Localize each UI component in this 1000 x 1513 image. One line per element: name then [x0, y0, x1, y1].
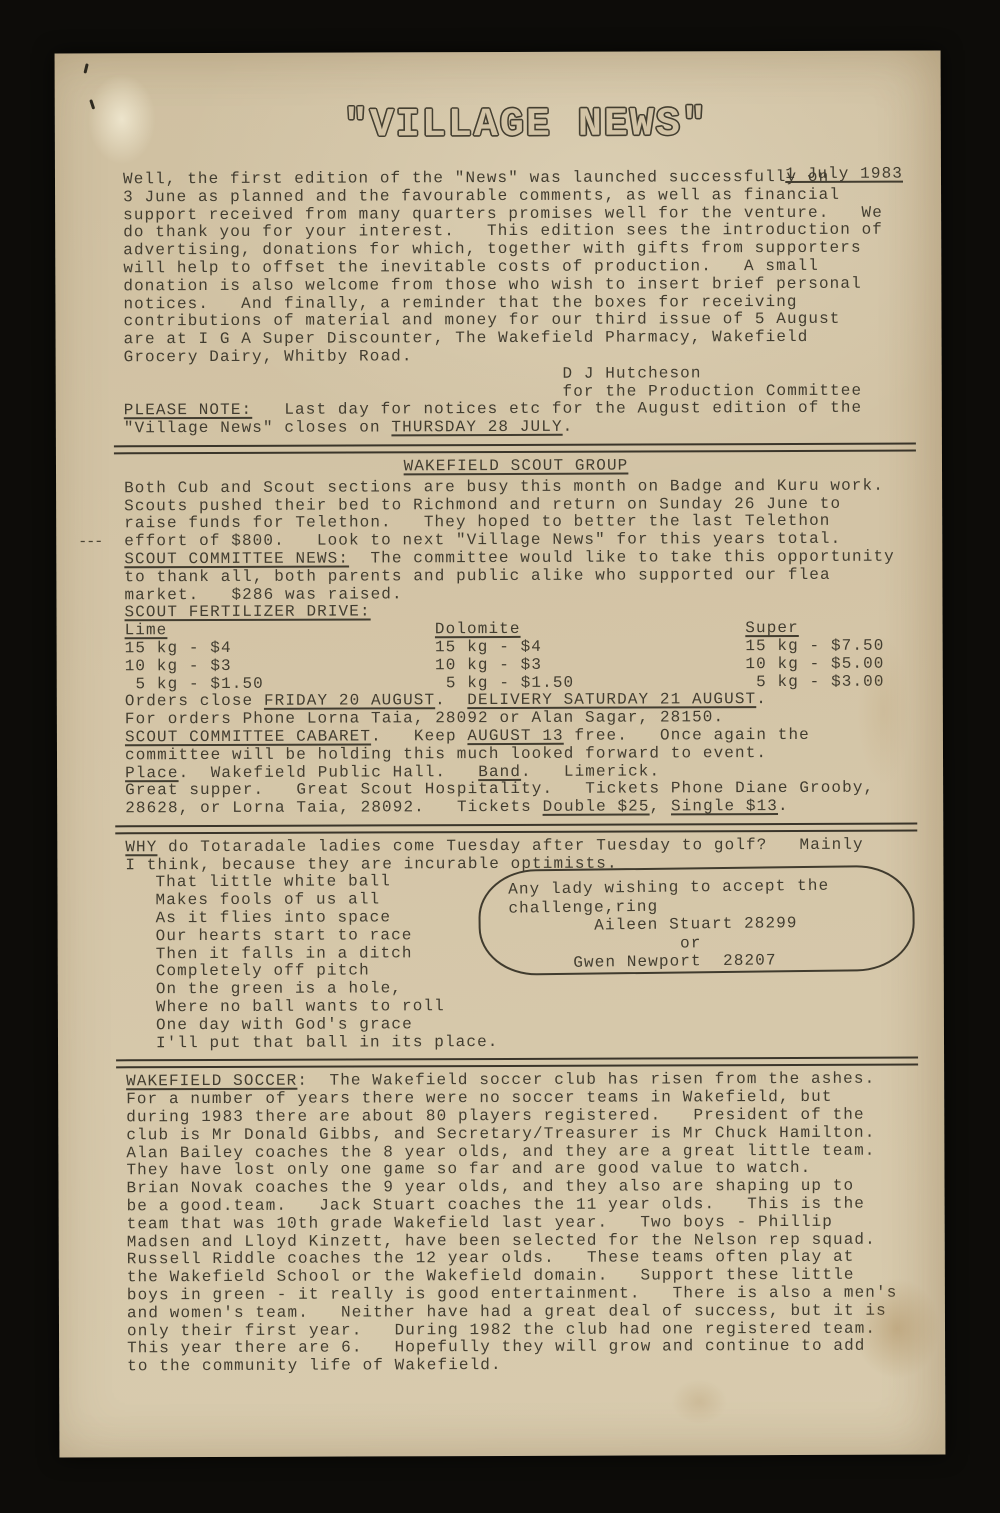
text-segment: PLEASE NOTE: [124, 401, 252, 419]
text-segment: Then it falls in a ditch [156, 944, 413, 963]
callout-text: Any lady wishing to accept thechallenge,… [508, 876, 913, 974]
text-segment: Lime [125, 621, 168, 639]
notice-section: PLEASE NOTE: Last day for notices etc fo… [124, 400, 908, 438]
text-line: I'll put that ball in its place. [156, 1032, 910, 1052]
text-segment: WAKEFIELD SOCCER [126, 1072, 297, 1091]
text-segment: . [435, 691, 467, 709]
text-segment: Grocery Dairy, Whitby Road. [124, 347, 413, 366]
scout-group-heading: WAKEFIELD SCOUT GROUP [124, 457, 908, 478]
text-line: are at I G A Super Discounter, The Wakef… [124, 329, 908, 350]
text-segment: 28628, or Lorna Taia, 28092. Tickets [125, 798, 542, 817]
intro-section: Well, the first edition of the "News" wa… [123, 169, 908, 368]
text-segment: "Village News" closes on [124, 419, 392, 438]
section-divider [116, 1057, 918, 1069]
text-segment: D J Hutcheson [124, 364, 702, 384]
text-segment: Super [745, 619, 799, 637]
text-segment: challenge,ring [508, 897, 658, 917]
fertilizer-table: Lime Dolomite Super15 kg - $4 15 kg - $4… [125, 620, 909, 730]
scan-background: --- "VILLAGE NEWS" 1 July 1983 Well, the… [0, 0, 1000, 1513]
text-segment: On the green is a hole, [156, 980, 402, 999]
text-segment: to thank all, both parents and public al… [124, 566, 830, 586]
text-segment: For orders Phone Lorna Taia, 28092 or Al… [125, 708, 724, 728]
text-segment: AUGUST 13 [467, 727, 563, 745]
text-line: Gwen Newport 28207 [509, 950, 913, 974]
text-segment: free. Once again the [564, 726, 810, 745]
text-segment: SCOUT COMMITTEE NEWS: [124, 549, 349, 568]
challenge-callout: Any lady wishing to accept thechallenge,… [478, 865, 915, 976]
signature-block: D J Hutcheson for the Production Committ… [124, 364, 908, 402]
text-segment [521, 619, 746, 638]
text-line: to the community life of Wakefield. [127, 1356, 911, 1377]
text-segment: . Keep [371, 727, 467, 745]
text-line: This year there are 6. Hopefully they wi… [127, 1338, 911, 1359]
text-segment: Single $13 [671, 797, 778, 815]
text-segment: to the community life of Wakefield. [127, 1356, 502, 1375]
text-segment: Band [478, 762, 521, 780]
text-segment: : The Wakefield soccer club has risen fr… [297, 1070, 875, 1090]
text-segment: do Totaradale ladies come Tuesday after … [157, 836, 863, 856]
text-segment: Dolomite [435, 620, 521, 638]
text-line: "Village News" closes on THURSDAY 28 JUL… [124, 418, 908, 439]
text-segment: DELIVERY SATURDAY 21 AUGUST [467, 690, 756, 709]
text-segment: Gwen Newport 28207 [509, 952, 777, 973]
text-segment: WHY [125, 838, 157, 856]
text-segment: Where no ball wants to roll [156, 997, 445, 1016]
text-segment: I'll put that ball in its place. [156, 1033, 499, 1052]
cabaret-section: SCOUT COMMITTEE CABARET. Keep AUGUST 13 … [125, 726, 909, 818]
paper-damage-mark [89, 99, 95, 109]
newsletter-page: --- "VILLAGE NEWS" 1 July 1983 Well, the… [55, 50, 946, 1457]
text-segment: . [778, 797, 789, 815]
text-segment: Place [125, 764, 179, 782]
text-line: 28628, or Lorna Taia, 28092. Tickets Dou… [125, 798, 909, 819]
text-segment: Last day for notices etc for the August … [252, 399, 862, 419]
text-segment: are at I G A Super Discounter, The Wakef… [124, 328, 809, 348]
soccer-section: WAKEFIELD SOCCER: The Wakefield soccer c… [126, 1071, 911, 1376]
text-segment: One day with God's grace [156, 1015, 413, 1034]
text-segment: . [756, 690, 767, 708]
heading-text: WAKEFIELD SCOUT GROUP [404, 457, 629, 476]
text-segment: . Wakefield Public Hall. [179, 763, 479, 782]
text-segment: Double $25 [543, 798, 650, 816]
section-divider [115, 822, 917, 834]
paper-damage-mark [83, 63, 88, 73]
text-segment: market. $286 was raised. [124, 585, 402, 604]
text-segment: . Limerick. [521, 762, 660, 780]
text-segment: Any lady wishing to accept the [508, 877, 829, 899]
scout-section: Both Cub and Scout sections are busy thi… [124, 477, 908, 622]
section-divider [114, 442, 916, 454]
text-segment: or [509, 934, 702, 954]
text-segment: Completely off pitch [156, 962, 370, 981]
text-segment: Our hearts start to race [156, 926, 413, 945]
text-segment: , [650, 797, 671, 815]
text-segment: Aileen Stuart 28299 [509, 914, 798, 936]
text-segment: THURSDAY 28 JULY [391, 418, 562, 437]
text-segment: SCOUT FERTILIZER DRIVE: [124, 603, 370, 622]
text-segment: As it flies into space [156, 908, 391, 927]
text-segment: FRIDAY 20 AUGUST [264, 692, 435, 711]
text-segment: . [563, 418, 574, 436]
newsletter-title: "VILLAGE NEWS" [145, 97, 907, 156]
margin-dashes: --- [78, 533, 102, 550]
text-segment: This year there are 6. Hopefully they wi… [127, 1337, 865, 1358]
text-line: to thank all, both parents and public al… [124, 566, 908, 587]
issue-date: 1 July 1983 [785, 165, 903, 183]
paper-stain [659, 1369, 739, 1433]
text-segment: committee will be holding this much look… [125, 744, 767, 764]
text-segment: The committee would like to take this op… [349, 548, 895, 568]
masthead: "VILLAGE NEWS" 1 July 1983 [123, 97, 907, 170]
text-segment: 5 kg - $1.50 5 kg - $1.50 5 kg - $3.00 [125, 672, 885, 693]
text-segment: Makes fools of us all [155, 891, 380, 910]
text-segment: That little white ball [155, 873, 390, 892]
text-segment: Orders close [125, 692, 264, 710]
text-segment [167, 620, 435, 639]
text-segment: SCOUT COMMITTEE CABARET [125, 727, 371, 746]
